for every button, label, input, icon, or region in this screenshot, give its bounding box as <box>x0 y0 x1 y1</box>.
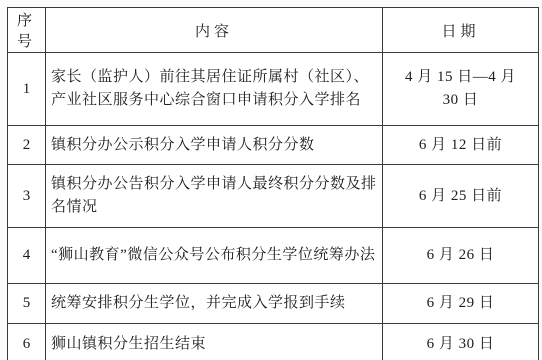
row-date: 6 月 29 日 <box>383 284 539 324</box>
row-date: 6 月 30 日 <box>383 324 539 360</box>
row-date: 6 月 25 日前 <box>383 165 539 228</box>
row-number: 4 <box>8 228 46 284</box>
row-number: 3 <box>8 165 46 228</box>
row-number: 6 <box>8 324 46 360</box>
row-content: “狮山教育”微信公众号公布积分生学位统筹办法 <box>46 228 383 284</box>
row-number: 2 <box>8 126 46 165</box>
table-row: 2 镇积分办公示积分入学申请人积分分数 6 月 12 日前 <box>8 126 539 165</box>
row-content: 统筹安排积分生学位，并完成入学报到手续 <box>46 284 383 324</box>
document-page: 序号 内容 日期 1 家长（监护人）前往其居住证所属村（社区）、产业社区服务中心… <box>0 0 542 360</box>
row-content: 狮山镇积分生招生结束 <box>46 324 383 360</box>
header-date: 日期 <box>383 8 539 53</box>
row-number: 5 <box>8 284 46 324</box>
row-content: 镇积分办公告积分入学申请人最终积分分数及排名情况 <box>46 165 383 228</box>
table-row: 5 统筹安排积分生学位，并完成入学报到手续 6 月 29 日 <box>8 284 539 324</box>
row-number: 1 <box>8 53 46 126</box>
table-row: 3 镇积分办公告积分入学申请人最终积分分数及排名情况 6 月 25 日前 <box>8 165 539 228</box>
table-row: 4 “狮山教育”微信公众号公布积分生学位统筹办法 6 月 26 日 <box>8 228 539 284</box>
row-content: 镇积分办公示积分入学申请人积分分数 <box>46 126 383 165</box>
table-row: 1 家长（监护人）前往其居住证所属村（社区）、产业社区服务中心综合窗口申请积分入… <box>8 53 539 126</box>
row-date: 6 月 26 日 <box>383 228 539 284</box>
table-row: 6 狮山镇积分生招生结束 6 月 30 日 <box>8 324 539 360</box>
row-date: 6 月 12 日前 <box>383 126 539 165</box>
header-no: 序号 <box>8 8 46 53</box>
schedule-table: 序号 内容 日期 1 家长（监护人）前往其居住证所属村（社区）、产业社区服务中心… <box>7 7 539 360</box>
header-row: 序号 内容 日期 <box>8 8 539 53</box>
row-content: 家长（监护人）前往其居住证所属村（社区）、产业社区服务中心综合窗口申请积分入学排… <box>46 53 383 126</box>
header-content: 内容 <box>46 8 383 53</box>
row-date: 4 月 15 日—4 月 30 日 <box>383 53 539 126</box>
